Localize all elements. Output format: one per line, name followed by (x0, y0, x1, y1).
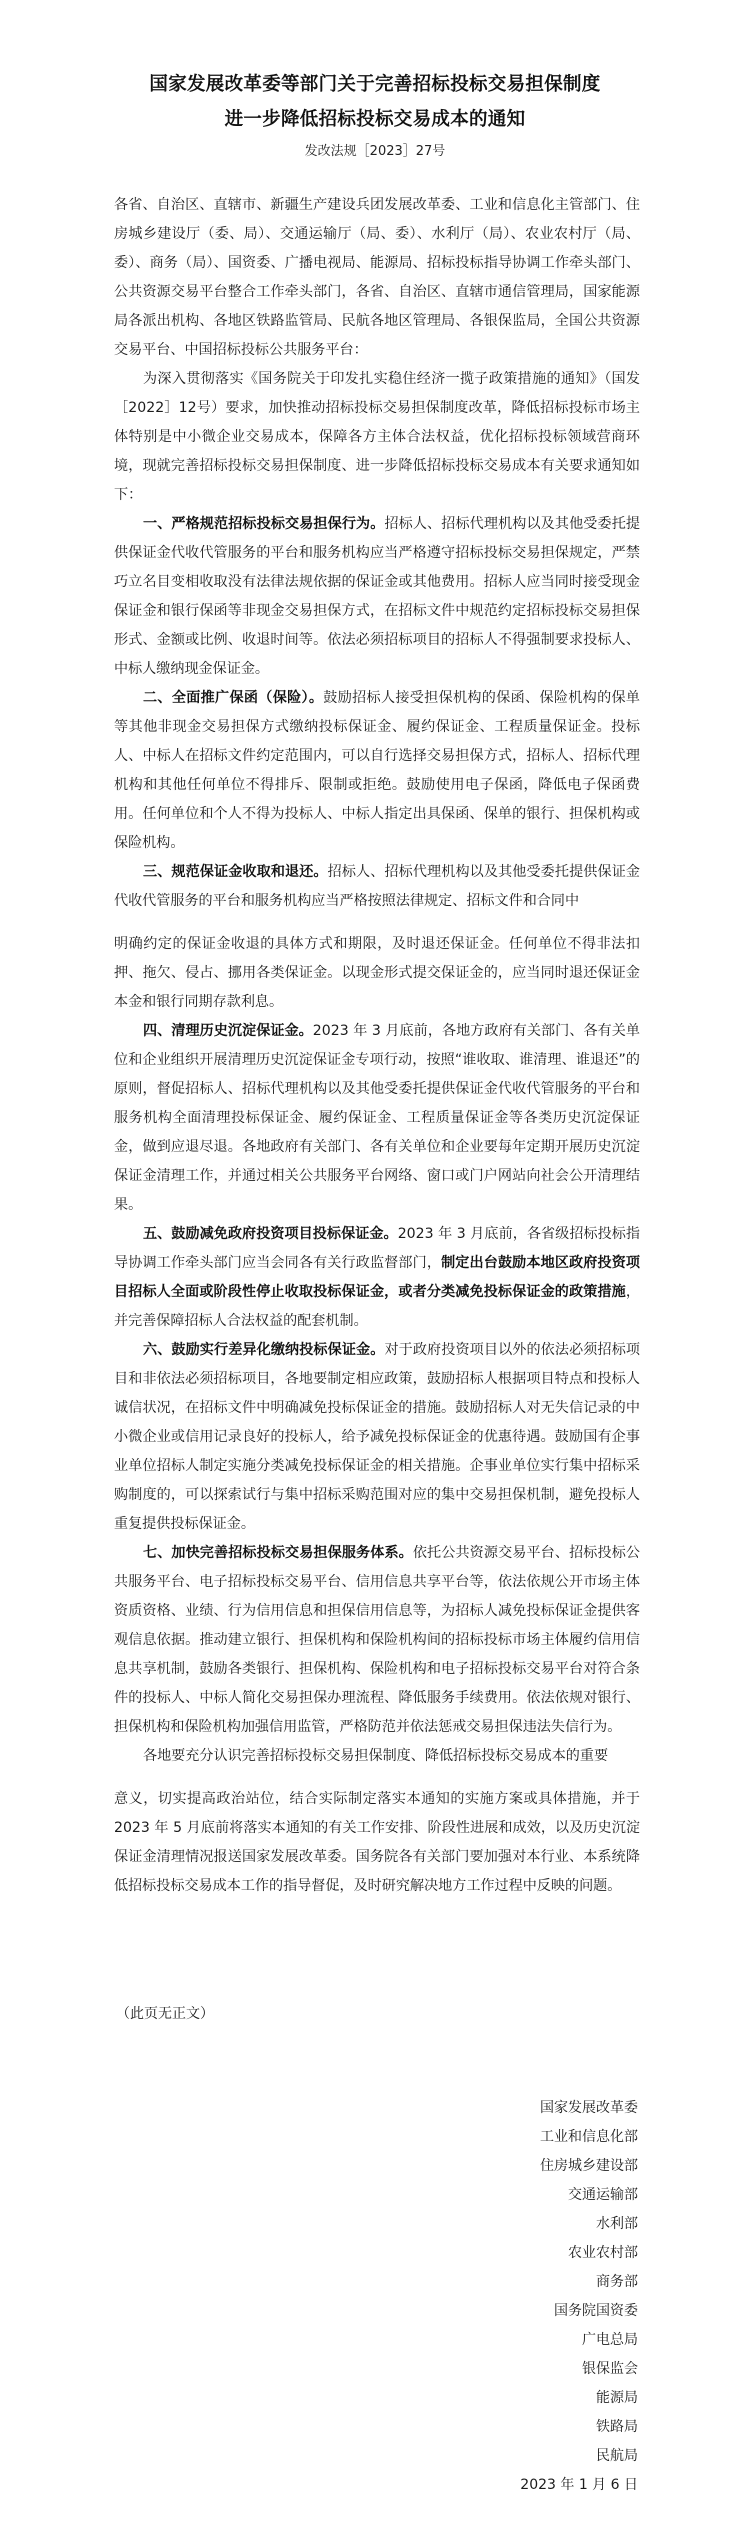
page-break-gap (114, 1771, 640, 1785)
section-5: 五、鼓励减免政府投资项目投标保证金。2023 年 3 月底前，各省级招标投标指导… (114, 1220, 640, 1336)
section-6: 六、鼓励实行差异化缴纳投标保证金。对于政府投资项目以外的依法必须招标项目和非依法… (114, 1336, 640, 1539)
section-7: 七、加快完善招标投标交易担保服务体系。依托公共资源交易平台、招标投标公共服务平台… (114, 1539, 640, 1742)
signatory: 银保监会 (520, 2355, 638, 2384)
signatory: 铁路局 (520, 2413, 638, 2442)
signatory: 水利部 (520, 2210, 638, 2239)
section-1: 一、严格规范招标投标交易担保行为。招标人、招标代理机构以及其他受委托提供保证金代… (114, 510, 640, 684)
section-2-text: 鼓励招标人接受担保机构的保函、保险机构的保单等其他非现金交易担保方式缴纳投标保证… (114, 690, 640, 851)
section-4-heading: 四、清理历史沉淀保证金。 (143, 1023, 313, 1039)
signatories: 国家发展改革委 工业和信息化部 住房城乡建设部 交通运输部 水利部 农业农村部 … (520, 2094, 638, 2500)
signatory: 民航局 (520, 2442, 638, 2471)
section-3-heading: 三、规范保证金收取和退还。 (143, 864, 328, 880)
section-6-text: 对于政府投资项目以外的依法必须招标项目和非依法必须招标项目，各地要制定相应政策，… (114, 1342, 640, 1532)
document-title-line-2: 进一步降低招标投标交易成本的通知 (0, 105, 750, 131)
signatory: 交通运输部 (520, 2181, 638, 2210)
document-title-line-1: 国家发展改革委等部门关于完善招标投标交易担保制度 (0, 70, 750, 96)
section-2-heading: 二、全面推广保函（保险）。 (143, 690, 323, 706)
section-7-heading: 七、加快完善招标投标交易担保服务体系。 (143, 1545, 413, 1561)
signatory: 国家发展改革委 (520, 2094, 638, 2123)
section-1-text: 招标人、招标代理机构以及其他受委托提供保证金代收代管服务的平台和服务机构应当严格… (114, 516, 640, 677)
signatory: 商务部 (520, 2268, 638, 2297)
section-2: 二、全面推广保函（保险）。鼓励招标人接受担保机构的保函、保险机构的保单等其他非现… (114, 684, 640, 858)
signatory: 能源局 (520, 2384, 638, 2413)
signatory: 广电总局 (520, 2326, 638, 2355)
section-6-heading: 六、鼓励实行差异化缴纳投标保证金。 (143, 1342, 384, 1358)
signatory: 住房城乡建设部 (520, 2152, 638, 2181)
section-3-continued: 明确约定的保证金收退的具体方式和期限，及时退还保证金。任何单位不得非法扣押、拖欠… (114, 930, 640, 1017)
section-3: 三、规范保证金收取和退还。招标人、招标代理机构以及其他受委托提供保证金代收代管服… (114, 858, 640, 916)
issue-date: 2023 年 1 月 6 日 (520, 2471, 638, 2500)
document-body: 各省、自治区、直辖市、新疆生产建设兵团发展改革委、工业和信息化主管部门、住房城乡… (114, 191, 640, 1901)
section-7-text: 依托公共资源交易平台、招标投标公共服务平台、电子招标投标交易平台、信用信息共享平… (114, 1545, 640, 1735)
closing-paragraph-continued: 意义，切实提高政治站位，结合实际制定落实本通知的实施方案或具体措施，并于 202… (114, 1785, 640, 1901)
closing-paragraph: 各地要充分认识完善招标投标交易担保制度、降低招标投标交易成本的重要 (114, 1742, 640, 1771)
document-page: 国家发展改革委等部门关于完善招标投标交易担保制度 进一步降低招标投标交易成本的通… (0, 0, 750, 2531)
intro-paragraph: 为深入贯彻落实《国务院关于印发扎实稳住经济一揽子政策措施的通知》（国发［2022… (114, 365, 640, 510)
signatory: 工业和信息化部 (520, 2123, 638, 2152)
addressees: 各省、自治区、直辖市、新疆生产建设兵团发展改革委、工业和信息化主管部门、住房城乡… (114, 191, 640, 365)
signatory: 农业农村部 (520, 2239, 638, 2268)
no-body-note: （此页无正文） (116, 2003, 214, 2023)
document-number: 发改法规［2023］27号 (0, 140, 750, 159)
page-break-gap (114, 916, 640, 930)
section-1-heading: 一、严格规范招标投标交易担保行为。 (143, 516, 384, 532)
signatory: 国务院国资委 (520, 2297, 638, 2326)
section-5-heading: 五、鼓励减免政府投资项目投标保证金。 (143, 1226, 398, 1242)
section-4: 四、清理历史沉淀保证金。2023 年 3 月底前，各地方政府有关部门、各有关单位… (114, 1017, 640, 1220)
section-4-text: 2023 年 3 月底前，各地方政府有关部门、各有关单位和企业组织开展清理历史沉… (114, 1023, 640, 1213)
